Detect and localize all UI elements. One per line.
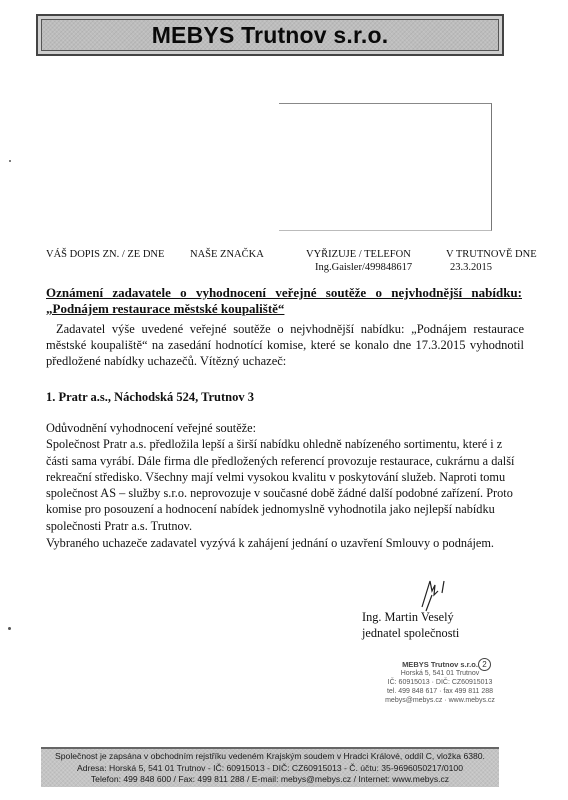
ref-label: VÁŠ DOPIS ZN. / ZE DNE bbox=[46, 249, 164, 260]
footer-registry-line: Společnost je zapsána v obchodním rejstř… bbox=[41, 751, 499, 763]
justification-heading: Odůvodnění vyhodnocení veřejné soutěže: bbox=[46, 420, 526, 436]
winning-bidder: 1. Pratr a.s., Náchodská 524, Trutnov 3 bbox=[46, 390, 254, 405]
signature-icon bbox=[418, 577, 448, 613]
document-title: Oznámení zadavatele o vyhodnocení veřejn… bbox=[46, 285, 522, 317]
signatory-role: jednatel společnosti bbox=[362, 625, 459, 641]
stamp-web: mebys@mebys.cz · www.mebys.cz bbox=[380, 696, 500, 705]
signatory-block: Ing. Martin Veselý jednatel společnosti bbox=[362, 609, 459, 641]
ref-value-date: 23.3.2015 bbox=[446, 261, 537, 274]
justification-section: Odůvodnění vyhodnocení veřejné soutěže: … bbox=[46, 420, 526, 534]
ref-our-mark: NAŠE ZNAČKA bbox=[190, 248, 264, 261]
stamp-phones: tel. 499 848 617 · fax 499 811 288 bbox=[380, 687, 500, 696]
footer-contact-line: Telefon: 499 848 600 / Fax: 499 811 288 … bbox=[41, 774, 499, 786]
stamp-ids: IČ: 60915013 · DIČ: CZ60915013 bbox=[380, 678, 500, 687]
ref-label: NAŠE ZNAČKA bbox=[190, 249, 264, 260]
ref-value-contact: Ing.Gaisler/499848617 bbox=[306, 261, 412, 274]
scan-speck bbox=[8, 627, 11, 630]
ref-label: V TRUTNOVĚ DNE bbox=[446, 249, 537, 260]
letterhead-banner: MEBYS Trutnov s.r.o. bbox=[36, 14, 504, 56]
address-window-box bbox=[279, 103, 492, 231]
company-name: MEBYS Trutnov s.r.o. bbox=[152, 22, 389, 49]
justification-body: Společnost Pratr a.s. předložila lepší a… bbox=[46, 436, 526, 534]
ref-label: VYŘIZUJE / TELEFON bbox=[306, 249, 411, 260]
ref-date: V TRUTNOVĚ DNE 23.3.2015 bbox=[446, 248, 537, 274]
ref-your-letter: VÁŠ DOPIS ZN. / ZE DNE bbox=[46, 248, 164, 261]
stamp-number-badge: 2 bbox=[478, 658, 491, 671]
ref-handled-by: VYŘIZUJE / TELEFON Ing.Gaisler/499848617 bbox=[306, 248, 412, 274]
footer-address-line: Adresa: Horská 5, 541 01 Trutnov - IČ: 6… bbox=[41, 763, 499, 775]
intro-paragraph: Zadavatel výše uvedené veřejné soutěže o… bbox=[46, 321, 524, 369]
closing-paragraph: Vybraného uchazeče zadavatel vyzývá k za… bbox=[46, 536, 494, 551]
signatory-name: Ing. Martin Veselý bbox=[362, 609, 459, 625]
footer-banner: Společnost je zapsána v obchodním rejstř… bbox=[41, 747, 499, 787]
scan-speck bbox=[9, 160, 11, 162]
